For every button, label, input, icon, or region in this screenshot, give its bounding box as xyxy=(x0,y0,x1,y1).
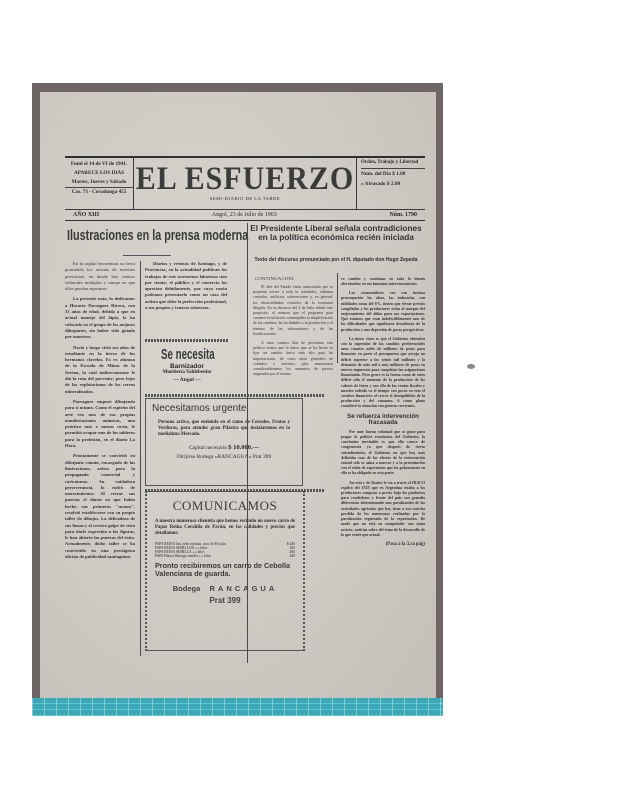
page-body: Ilustraciones en la prensa moderna En la… xyxy=(65,221,425,661)
paragraph: ve cambio y continuar en todo lo demás a… xyxy=(341,277,425,287)
ad-position: Barnizador xyxy=(147,363,227,370)
subheading: Se refuerza intervención fracasada xyxy=(341,414,425,427)
ad-body: A nuestra numerosa clientela que hemos r… xyxy=(155,519,295,538)
ad-se-necesita: Se necesita Barnizador Mueblería Valdebe… xyxy=(147,346,227,383)
ad-contact: Dirijirse Bodega «RANCAGUA» Prat 399 xyxy=(152,454,296,460)
masthead: Fund el 14 de VI de 1941. APARECE LOS DI… xyxy=(65,158,425,210)
headline-ilustraciones: Ilustraciones en la prensa moderna xyxy=(67,227,194,244)
paragraph: La presente nota, la dedicamos a Horacio… xyxy=(65,296,135,340)
column-divider xyxy=(140,261,141,656)
motto: Orden, Trabajo y Libertad xyxy=(361,158,425,169)
ad-capital: Capital necesario $ 10.000.— xyxy=(152,444,296,451)
address: Cas. 73 - Covadonga 455 xyxy=(65,187,133,197)
price-value: 440 xyxy=(281,554,295,558)
bodega-label: Bodega xyxy=(173,584,201,593)
ad-title: Necesitamos urgente xyxy=(152,403,296,414)
presidente-column-2: ve cambio y continuar en todo lo demás a… xyxy=(341,273,425,547)
ad-address: Prat 399 xyxy=(155,596,295,605)
price-day: Num. del Día $ 1.00 xyxy=(361,169,425,179)
ad-title: COMUNICAMOS xyxy=(155,498,295,514)
paragraph: Por muy buena voluntad que se guste para… xyxy=(341,430,425,477)
cutting-mat xyxy=(32,698,443,716)
schedule-days: Martes, Jueves y Sábado xyxy=(65,178,133,187)
ad-promo: Pronto recibiremos un carro de Cebolla V… xyxy=(155,562,295,577)
paragraph: Así está y de Ibañez le vía a través el … xyxy=(341,481,425,538)
masthead-center: EL ESFUERZO SEMI-DIARIO DE LA TARDE xyxy=(134,158,356,209)
ad-necesitamos-urgente: Necesitamos urgente Persona activa, que … xyxy=(145,398,303,486)
paragraph: A unos cuantos días de proclamar esta po… xyxy=(253,341,333,377)
newspaper-page: Fund el 14 de VI de 1941. APARECE LOS DI… xyxy=(40,92,436,704)
capital-value: $ 10.000.— xyxy=(228,444,259,451)
subhead-presidente: Texto del discurso pronunciado por el H.… xyxy=(250,257,422,263)
ad-comunicamos: COMUNICAMOS A nuestra numerosa clientela… xyxy=(145,491,305,651)
continued-note: (Pasa a la 3.ra pág) xyxy=(341,542,425,547)
year-label: AÑO XIII xyxy=(73,212,99,218)
paragraph: Prontamente se convirtió en dibujante co… xyxy=(65,453,135,560)
column-divider xyxy=(337,273,338,363)
price-late: » Atrasado $ 2.00 xyxy=(361,179,425,189)
ilustraciones-column-2: Diarios y revistas de Santiago, y de Pro… xyxy=(145,261,227,315)
capital-label: Capital necesario xyxy=(189,445,227,451)
presidente-column-1: El Jefe del Estado venía anunciando que … xyxy=(253,285,333,381)
schedule-label: APARECE LOS DIAS xyxy=(65,169,133,178)
ad-body: Persona activa, que entienda en el ramo … xyxy=(152,420,296,439)
ad-city: — Angol — xyxy=(147,377,227,383)
ad-bodega: Bodega RANCAGUA xyxy=(155,584,295,593)
bodega-name: RANCAGUA xyxy=(210,584,278,593)
paragraph: En la capital encuentran su tierra prome… xyxy=(65,261,135,292)
masthead-right-box: Orden, Trabajo y Libertad Num. del Día $… xyxy=(356,158,425,209)
paragraph: El Jefe del Estado venía anunciando que … xyxy=(253,285,333,337)
scan-mark xyxy=(467,364,475,369)
ad-title: Se necesita xyxy=(161,346,213,363)
paragraph: Lo único claro es que el Gobierno obtend… xyxy=(341,337,425,410)
dateline: AÑO XIII Angol, 23 de Julio de 1963 Núm.… xyxy=(65,210,425,221)
founded-date: Fund el 14 de VI de 1941. xyxy=(65,160,133,169)
issue-number: Núm. 1790 xyxy=(389,212,417,218)
dashed-divider xyxy=(145,339,229,342)
headline-rule xyxy=(123,255,171,256)
issue-date: Angol, 23 de Julio de 1963 xyxy=(212,212,277,218)
price-item: PAPA Blanca Barraga semilla » » kilos xyxy=(155,554,281,558)
paragraph: Los consumidores ven con intensa preocup… xyxy=(341,291,425,333)
ad-company: Mueblería Valdebenito xyxy=(147,370,227,375)
ilustraciones-column-1: En la capital encuentran su tierra prome… xyxy=(65,261,135,564)
price-row: PAPA Blanca Barraga semilla » » kilos440 xyxy=(155,554,295,558)
paragraph: Parraguez empezó dibujando para sí mismo… xyxy=(65,399,135,449)
dashed-divider xyxy=(145,394,325,397)
page-content: Fund el 14 de VI de 1941. APARECE LOS DI… xyxy=(65,156,425,661)
column-divider xyxy=(247,223,248,663)
paragraph: Diarios y revistas de Santiago, y de Pro… xyxy=(145,261,227,311)
headline-presidente: El Presidente Liberal señala contradicio… xyxy=(250,224,422,241)
masthead-left-box: Fund el 14 de VI de 1941. APARECE LOS DI… xyxy=(65,158,134,209)
price-list: PAPA REINA lisa, seleccionada, saco de 8… xyxy=(155,542,295,559)
newspaper-title: EL ESFUERZO xyxy=(134,160,356,197)
continuation-label: CONTINUACION xyxy=(255,276,294,281)
paragraph: Nació y luego vivió sus años de estudian… xyxy=(65,345,135,395)
